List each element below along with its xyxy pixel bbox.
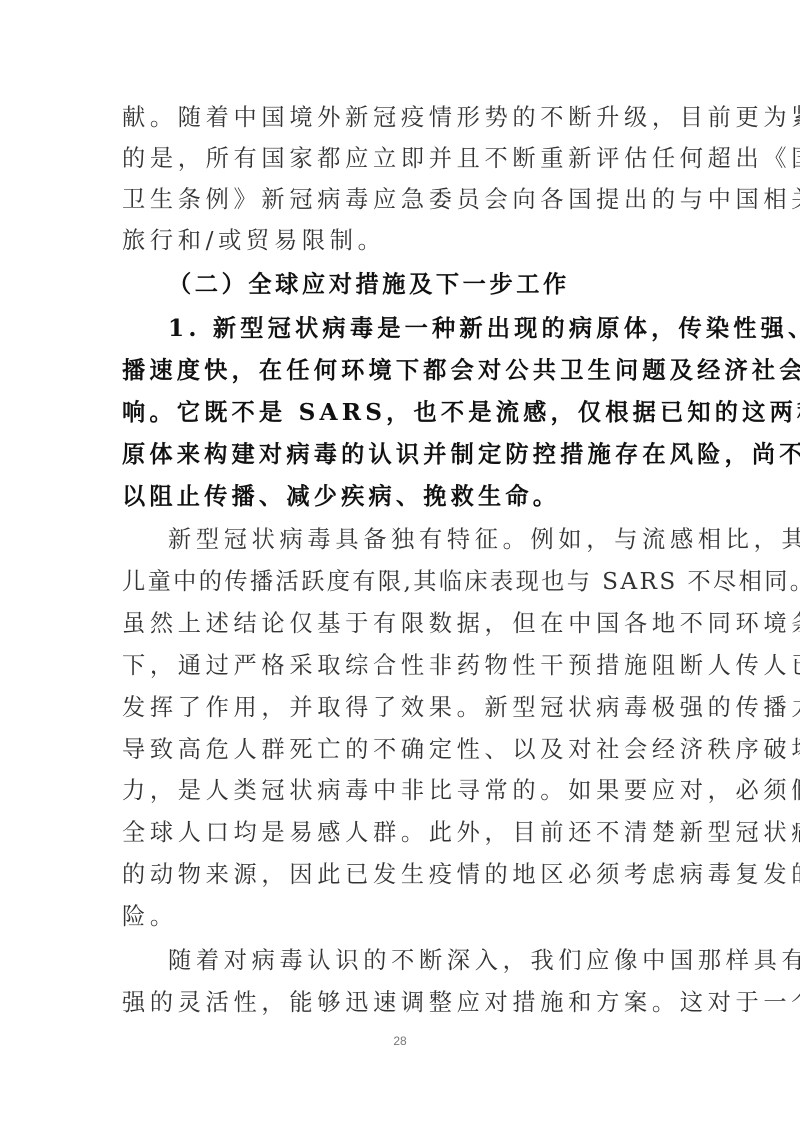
paragraph-line: 的动物来源，因此已发生疫情的地区必须考虑病毒复发的风 — [122, 860, 678, 890]
paragraph-line: 全球人口均是易感人群。此外，目前还不清楚新型冠状病毒 — [122, 818, 678, 848]
key-point-line: 响。它既不是 SARS，也不是流感，仅根据已知的这两种病 — [122, 398, 678, 428]
paragraph-line: 旅行和/或贸易限制。 — [122, 226, 678, 256]
paragraph-line: 随着对病毒认识的不断深入，我们应像中国那样具有较 — [168, 946, 678, 976]
paragraph-line: 虽然上述结论仅基于有限数据，但在中国各地不同环境条件 — [122, 609, 678, 639]
paragraph-line: 险。 — [122, 902, 678, 932]
document-page: 献。随着中国境外新冠疫情形势的不断升级，目前更为紧迫 的是，所有国家都应立即并且… — [0, 0, 800, 1131]
paragraph-line: 力，是人类冠状病毒中非比寻常的。如果要应对，必须假定 — [122, 776, 678, 806]
page-number: 28 — [0, 1034, 800, 1048]
key-point-line: 1. 新型冠状病毒是一种新出现的病原体，传染性强、传 — [168, 314, 678, 344]
key-point-line: 原体来构建对病毒的认识并制定防控措施存在风险，尚不足 — [122, 440, 678, 470]
paragraph-line: 强的灵活性，能够迅速调整应对措施和方案。这对于一个拥 — [122, 988, 678, 1018]
section-heading: （二）全球应对措施及下一步工作 — [168, 270, 724, 300]
paragraph-line: 导致高危人群死亡的不确定性、以及对社会经济秩序破坏 — [122, 735, 678, 765]
paragraph-line: 献。随着中国境外新冠疫情形势的不断升级，目前更为紧迫 — [122, 103, 678, 133]
key-point-line: 以阻止传播、减少疾病、挽救生命。 — [122, 482, 678, 512]
paragraph-line: 下，通过严格采取综合性非药物性干预措施阻断人传人已经 — [122, 651, 678, 681]
paragraph-line: 卫生条例》新冠病毒应急委员会向各国提出的与中国相关的 — [122, 185, 678, 215]
paragraph-line: 的是，所有国家都应立即并且不断重新评估任何超出《国际 — [122, 144, 678, 174]
key-point-line: 播速度快，在任何环境下都会对公共卫生问题及经济社会影 — [122, 356, 678, 386]
paragraph-line: 发挥了作用，并取得了效果。新型冠状病毒极强的传播力、 — [122, 693, 678, 723]
paragraph-line: 新型冠状病毒具备独有特征。例如，与流感相比，其在 — [168, 525, 678, 555]
paragraph-line: 儿童中的传播活跃度有限,其临床表现也与 SARS 不尽相同。 — [122, 567, 678, 597]
